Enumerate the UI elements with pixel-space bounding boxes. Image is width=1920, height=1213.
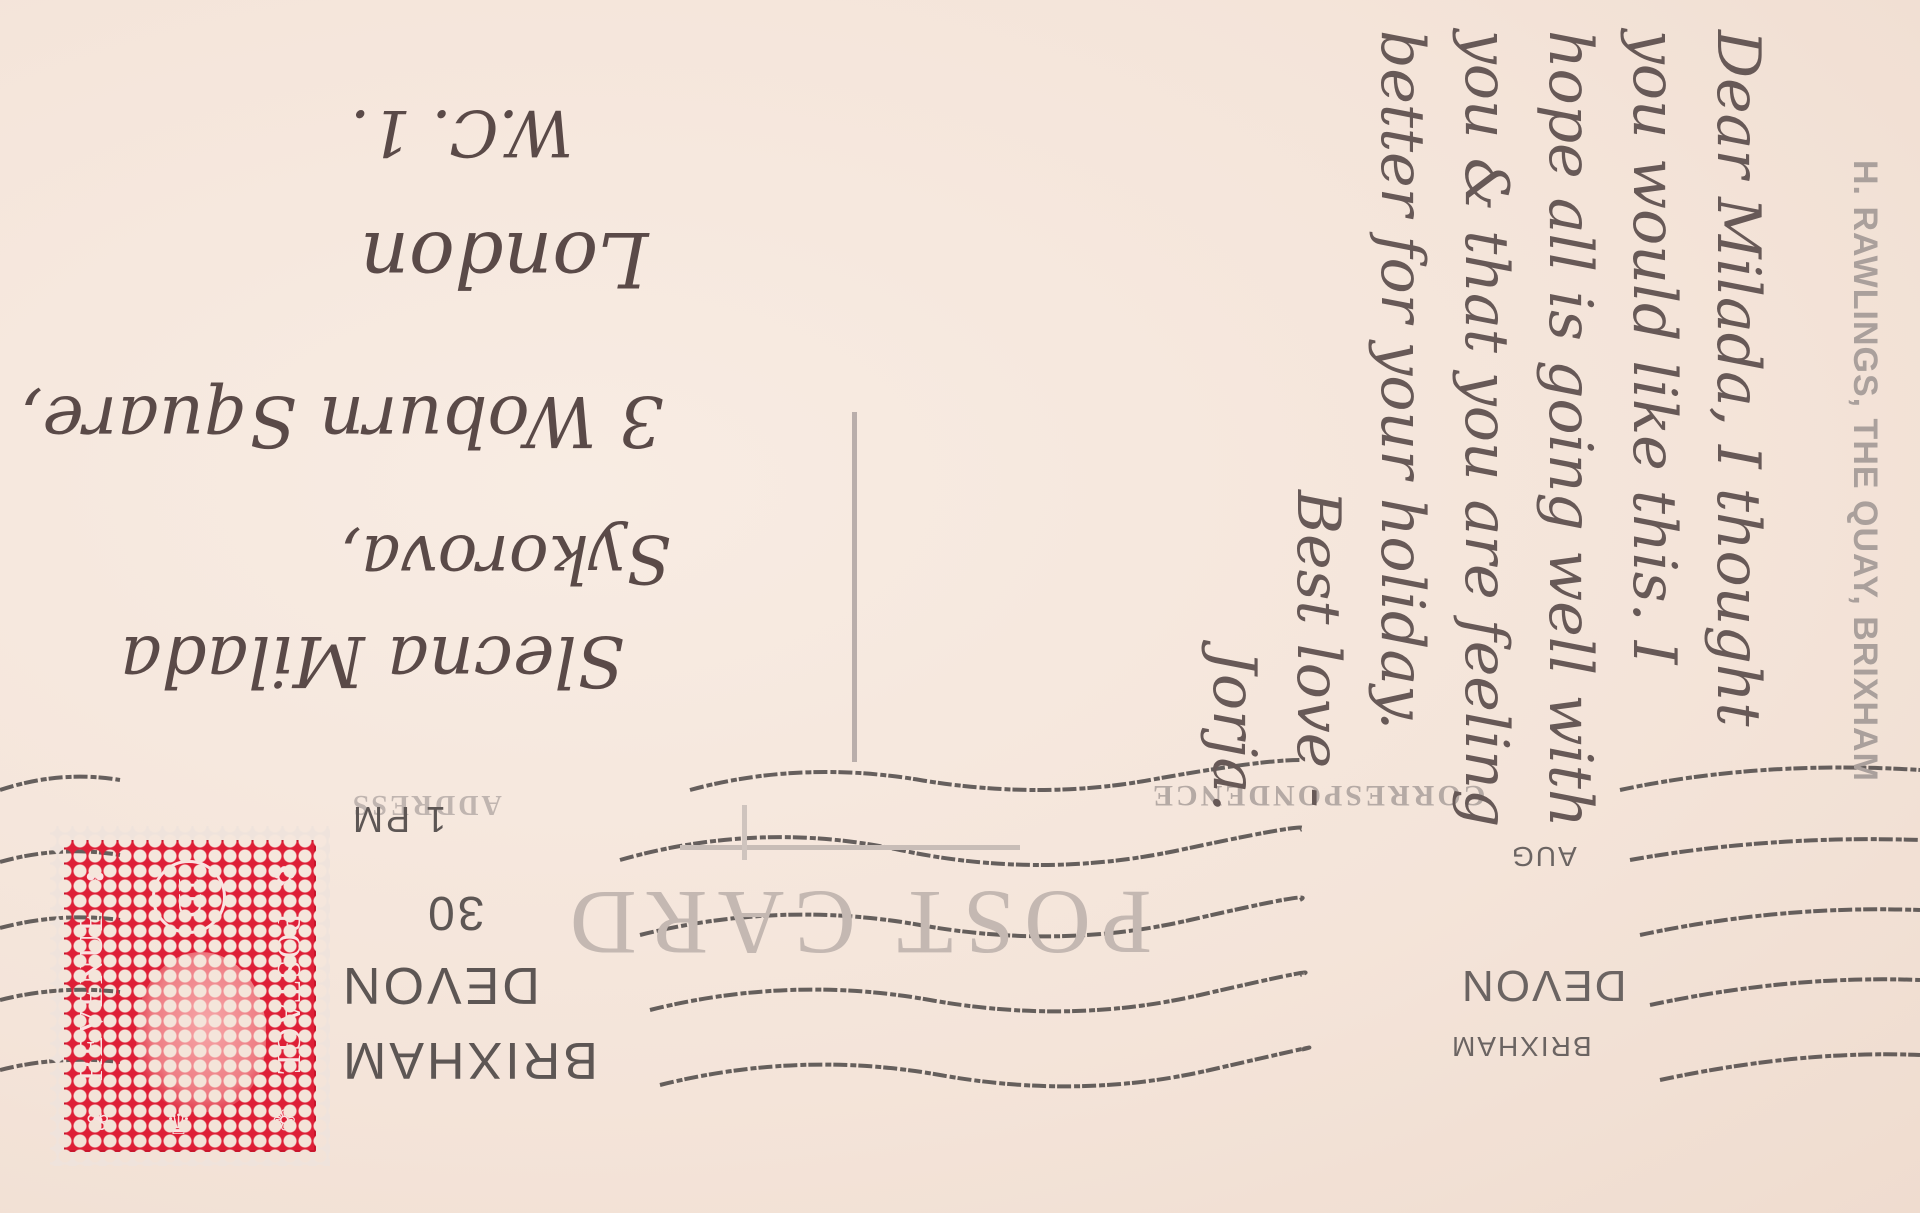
postmark-day: 30	[425, 885, 484, 940]
postmark-town: BRIXHAM	[1450, 1030, 1592, 1062]
leek-icon: ✿	[273, 860, 296, 894]
address-line: London	[360, 215, 649, 304]
publisher-imprint: H. RAWLINGS, THE QUAY, BRIXHAM	[1845, 160, 1884, 782]
address-line: W.C. 1.	[350, 95, 573, 169]
postmark-month: AUG	[1510, 840, 1577, 872]
postmark-county: DEVON	[340, 955, 540, 1015]
stamp-face: 1D REVENUE POSTAGE ♣ ✿ ❀ ♛ ❁	[64, 840, 316, 1152]
message-line: better for your holiday.	[1360, 30, 1444, 1180]
postcard-back: POST CARD CORRESPONDENCE ADDRESS H. RAWL…	[0, 0, 1920, 1213]
king-portrait-icon	[136, 952, 266, 1112]
post-card-heading: POST CARD	[560, 870, 1152, 976]
message-line: Dear Milada, I thought	[1696, 30, 1780, 1180]
stamp-postage-text: POSTAGE	[269, 880, 307, 1110]
message-signature: Jorja.	[1192, 30, 1276, 1180]
stamp-revenue-text: REVENUE	[73, 880, 111, 1110]
postmark-time: 1 PM	[350, 798, 446, 840]
post-card-rule-vertical	[742, 805, 747, 860]
thistle-icon: ❀	[86, 1104, 109, 1138]
postmark-brixham: 1 PM 30 DEVON BRIXHAM	[330, 780, 590, 1110]
address-line: Sykorova,	[340, 520, 671, 597]
post-card-rule	[680, 845, 1020, 850]
message-closing: Best love -	[1276, 30, 1360, 1180]
rose-icon: ❁	[273, 1104, 296, 1138]
address-line: 3 Woburn Square,	[20, 380, 664, 462]
postmark-town: BRIXHAM	[340, 1030, 598, 1090]
stamp-value: 1D	[152, 860, 226, 934]
postmark-county: DEVON	[1460, 960, 1626, 1010]
crown-icon: ♛	[166, 1108, 191, 1142]
address-line: Slecna Milada	[120, 620, 625, 702]
postmark-brixham-secondary: AUG DEVON BRIXHAM	[1440, 840, 1620, 1070]
postage-stamp: 1D REVENUE POSTAGE ♣ ✿ ❀ ♛ ❁	[50, 826, 330, 1166]
address-block: Slecna Milada Sykorova, 3 Woburn Square,…	[0, 0, 900, 760]
shamrock-icon: ♣	[86, 860, 104, 892]
